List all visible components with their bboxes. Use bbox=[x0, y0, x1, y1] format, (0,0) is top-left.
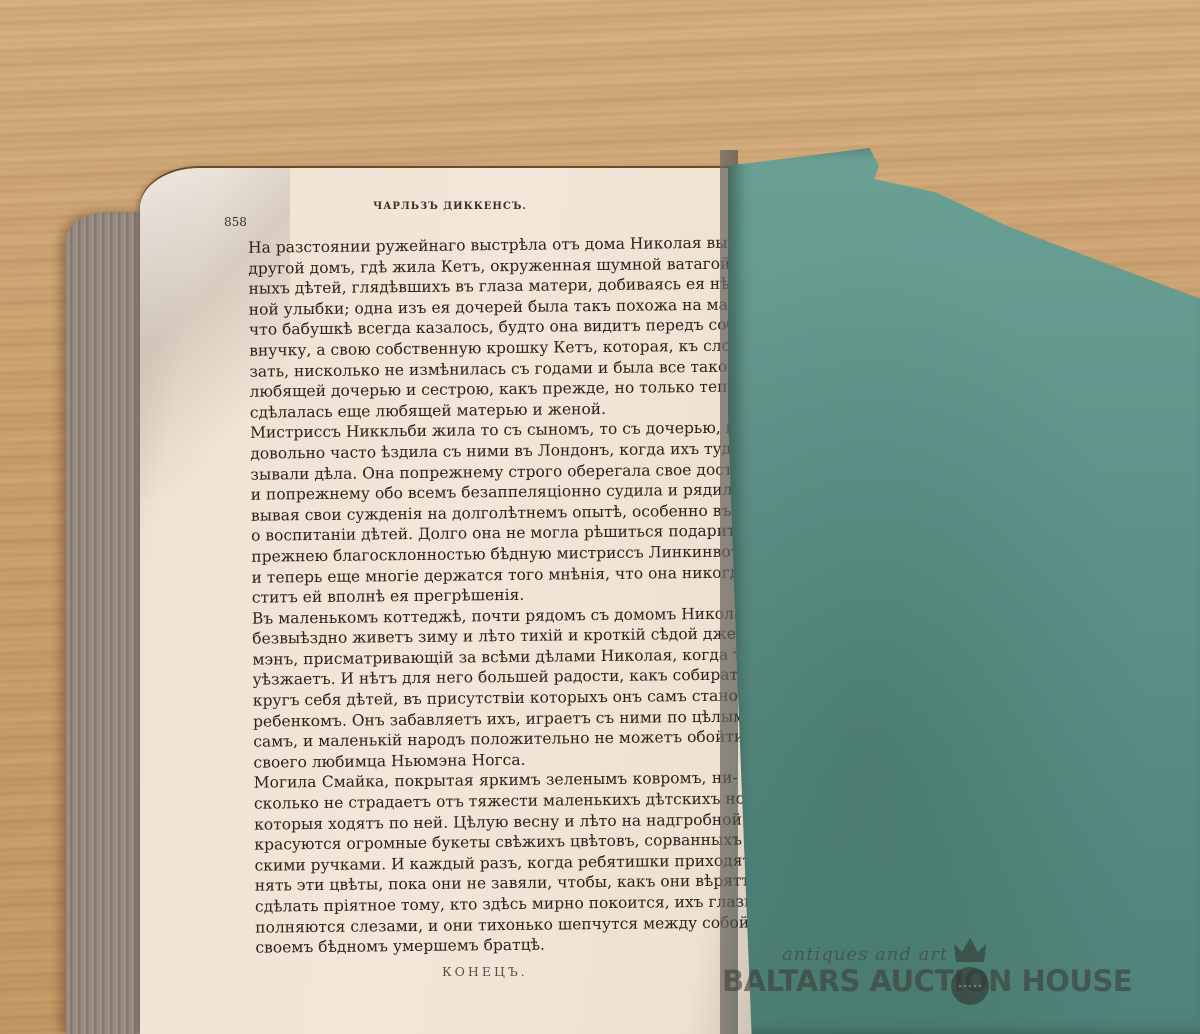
paragraph: Въ маленькомъ коттеджѣ, почти рядомъ съ … bbox=[224, 603, 738, 773]
watermark-tagline: antiques and art bbox=[782, 944, 948, 965]
end-mark: КОНЕЦЪ. bbox=[442, 964, 528, 979]
crown-icon bbox=[950, 938, 990, 1010]
book-page: ЧАРЛЬЗЪ ДИККЕНСЪ. 858 На разстоянии руже… bbox=[140, 168, 760, 1034]
running-head: ЧАРЛЬЗЪ ДИККЕНСЪ. bbox=[140, 201, 760, 212]
paragraph: Мистриссъ Никкльби жила то съ сыномъ, то… bbox=[222, 418, 736, 609]
watermark: antiques and art BALTARS AUCTION HOUSE bbox=[722, 940, 1122, 1010]
watermark-name: BALTARS AUCTION HOUSE bbox=[722, 964, 1132, 998]
paragraph: На разстоянии ружейнаго выстрѣла отъ дом… bbox=[220, 233, 734, 424]
green-endpaper bbox=[728, 148, 1200, 1034]
page-number: 858 bbox=[224, 215, 247, 229]
text-line: своемъ бѣдномъ умершемъ братцѣ. bbox=[227, 933, 739, 959]
body-text: На разстоянии ружейнаго выстрѣла отъ дом… bbox=[220, 233, 740, 959]
paragraph: Могила Смайка, покрытая яркимъ зеленымъ … bbox=[226, 768, 740, 959]
